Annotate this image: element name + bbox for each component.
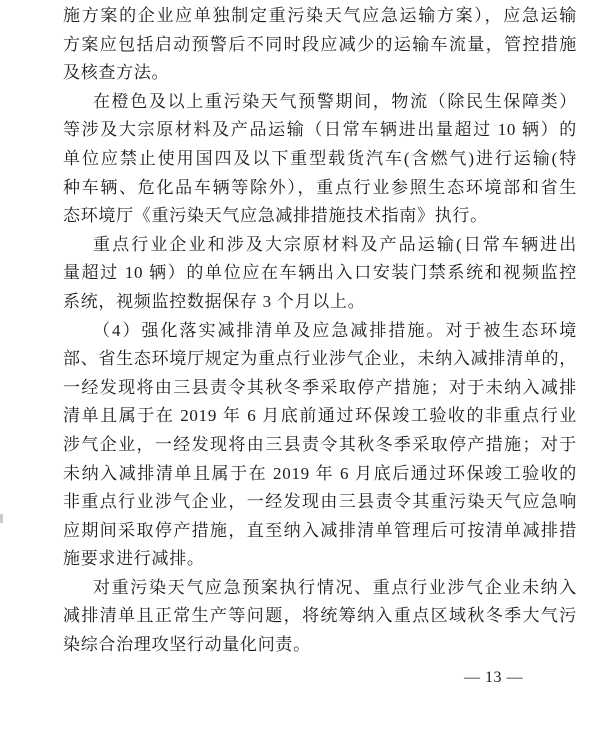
text-line: 部、省生态环境厅规定为重点行业涉气企业，未纳入减排清单的，	[63, 345, 577, 374]
text-line: 单位应禁止使用国四及以下重型载货汽车(含燃气)进行运输(特	[63, 145, 577, 174]
text-line: 清单且属于在 2019 年 6 月底前通过环保竣工验收的非重点行业	[63, 402, 577, 431]
text-line: 等涉及大宗原材料及产品运输（日常车辆进出量超过 10 辆）的	[63, 116, 577, 145]
text-line: 量超过 10 辆）的单位应在车辆出入口安装门禁系统和视频监控	[63, 259, 577, 288]
text-line: 态环境厅《重污染天气应急减排措施技术指南》执行。	[63, 202, 577, 231]
text-line: 涉气企业，一经发现将由三县责令其秋冬季采取停产措施；对于	[63, 431, 577, 460]
document-page: { "page": { "background_color": "#ffffff…	[0, 0, 596, 745]
text-line: 种车辆、危化品车辆等除外），重点行业参照生态环境部和省生	[63, 174, 577, 203]
text-line: 染综合治理攻坚行动量化问责。	[63, 631, 577, 660]
text-line: 施方案的企业应单独制定重污染天气应急运输方案），应急运输	[63, 2, 577, 31]
text-line: 一经发现将由三县责令其秋冬季采取停产措施；对于未纳入减排	[63, 374, 577, 403]
text-line: 重点行业企业和涉及大宗原材料及产品运输(日常车辆进出	[63, 231, 577, 260]
text-line: 施要求进行减排。	[63, 545, 577, 574]
text-line: 在橙色及以上重污染天气预警期间，物流（除民生保障类）	[63, 88, 577, 117]
text-line: 应期间采取停产措施，直至纳入减排清单管理后可按清单减排措	[63, 517, 577, 546]
text-line: 减排清单且正常生产等问题，将统筹纳入重点区域秋冬季大气污	[63, 602, 577, 631]
text-line: 系统，视频监控数据保存 3 个月以上。	[63, 288, 577, 317]
text-line: 及核查方法。	[63, 59, 577, 88]
text-line: （4）强化落实减排清单及应急减排措施。对于被生态环境	[63, 317, 577, 346]
text-line: 非重点行业涉气企业，一经发现由三县责令其重污染天气应急响	[63, 488, 577, 517]
text-line: 未纳入减排清单且属于在 2019 年 6 月底后通过环保竣工验收的	[63, 460, 577, 489]
text-line: 对重污染天气应急预案执行情况、重点行业涉气企业未纳入	[63, 574, 577, 603]
page-number: — 13 —	[464, 668, 523, 688]
text-line: 方案应包括启动预警后不同时段应减少的运输车流量，管控措施	[63, 31, 577, 60]
scan-artifact-speck	[0, 514, 3, 523]
document-body: 施方案的企业应单独制定重污染天气应急运输方案），应急运输 方案应包括启动预警后不…	[63, 2, 577, 660]
